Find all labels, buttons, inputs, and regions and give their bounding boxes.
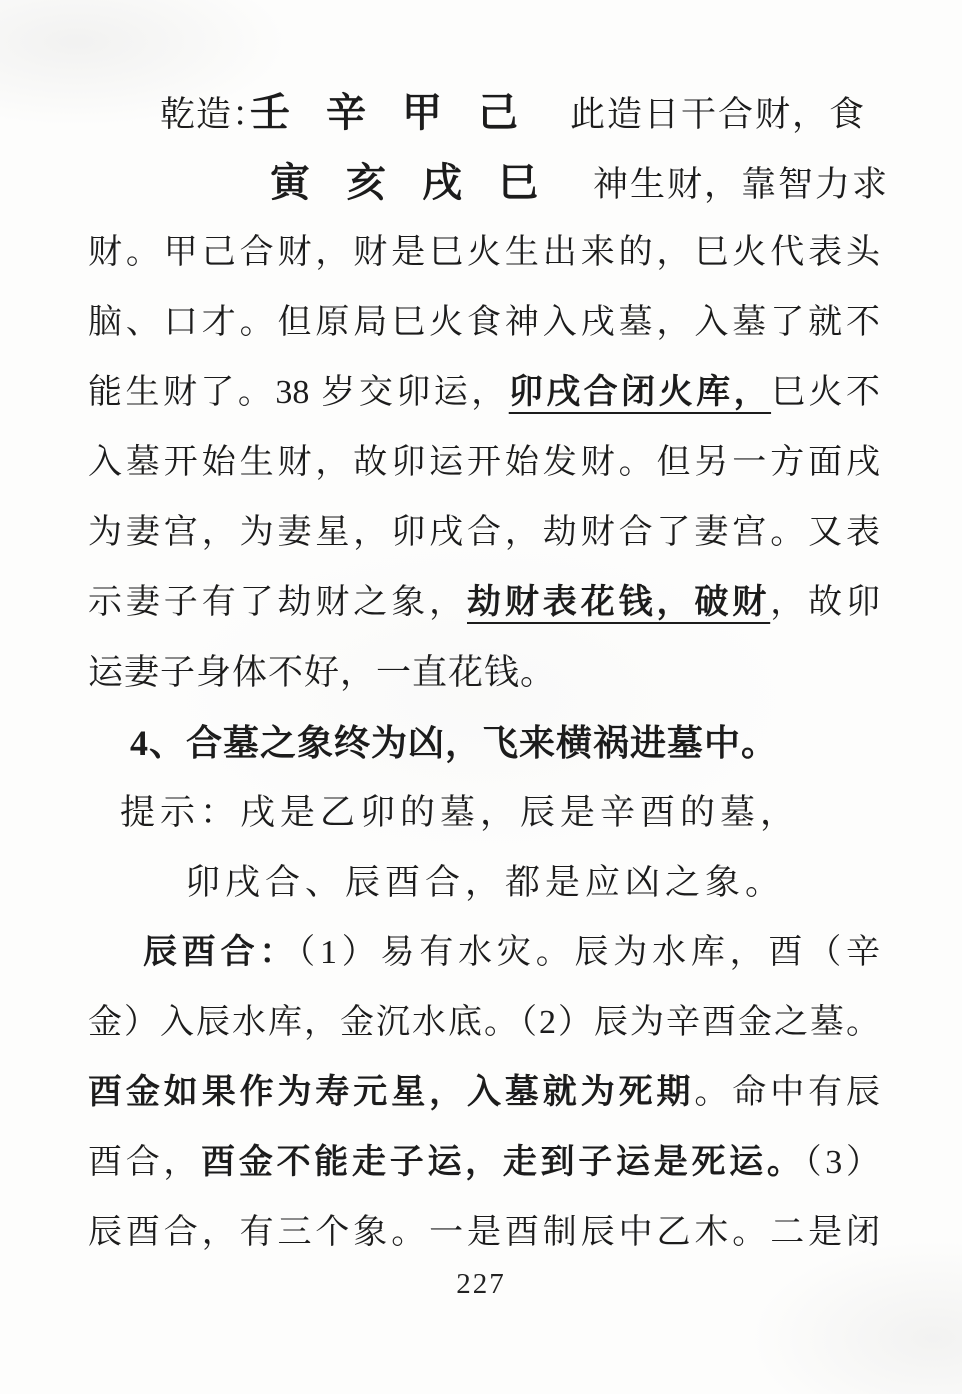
branch-day: 戌 xyxy=(422,148,498,218)
text-segment: 酉合， xyxy=(88,1144,201,1181)
text-line: 辰酉合：（1）易有水灾。辰为水库，酉（辛 xyxy=(88,918,880,988)
book-page: 乾造：壬辛甲己此造日干合财，食 寅亥戌巳神生财，靠智力求 财。甲己合财，财是巳火… xyxy=(0,0,962,1394)
text-line: 示妻子有了劫财之象，劫财表花钱，破财，故卯 xyxy=(88,568,880,638)
comment-text: 神生财，靠智力求 xyxy=(593,165,889,204)
page-number: 227 xyxy=(0,1268,962,1301)
branch-month: 亥 xyxy=(346,148,422,218)
hint-line: 卯戌合、辰酉合，都是应凶之象。 xyxy=(88,848,880,918)
text-line: 金）入辰水库，金沉水底。（2）辰为辛酉金之墓。 xyxy=(88,988,880,1058)
stem-hour: 己 xyxy=(478,78,554,148)
text-line: 入墓开始生财，故卯运开始发财。但另一方面戌 xyxy=(88,428,880,498)
text-line: 财。甲己合财，财是巳火生出来的，巳火代表头 xyxy=(88,218,880,288)
emphasized-segment: 酉金不能走子运，走到子运是死运。 xyxy=(201,1144,804,1181)
hint-line: 提示：戌是乙卯的墓，辰是辛酉的墓， xyxy=(88,778,880,848)
section-heading: 4、合墓之象终为凶，飞来横祸进墓中。 xyxy=(88,708,880,778)
text-segment: （3） xyxy=(805,1144,880,1181)
text-line: 酉合，酉金不能走子运，走到子运是死运。（3） xyxy=(88,1128,880,1198)
text-line: 为妻宫，为妻星，卯戌合，劫财合了妻宫。又表 xyxy=(88,498,880,568)
text-line: 能生财了。38 岁交卯运，卯戌合闭火库，巳火不 xyxy=(88,358,880,428)
text-line: 运妻子身体不好，一直花钱。 xyxy=(88,638,880,708)
text-column: 乾造：壬辛甲己此造日干合财，食 寅亥戌巳神生财，靠智力求 财。甲己合财，财是巳火… xyxy=(88,78,880,1268)
text-line: 脑、口才。但原局巳火食神入戌墓，入墓了就不 xyxy=(88,288,880,358)
text-segment: 示妻子有了劫财之象， xyxy=(88,584,467,621)
text-segment: 能生财了。38 岁交卯运， xyxy=(88,374,509,411)
text-line: 辰酉合，有三个象。一是酉制辰中乙木。二是闭 xyxy=(88,1198,880,1268)
emphasized-segment: 劫财表花钱，破财 xyxy=(467,584,770,621)
stem-month: 辛 xyxy=(326,78,402,148)
qianzao-label: 乾造： xyxy=(160,80,250,150)
emphasized-segment: 酉金如果作为寿元星，入墓就为死期 xyxy=(88,1074,694,1111)
stem-day: 甲 xyxy=(402,78,478,148)
text-segment: 。命中有辰 xyxy=(694,1074,880,1111)
text-segment: （1）易有水灾。辰为水库，酉（辛 xyxy=(298,934,880,971)
branch-hour: 巳 xyxy=(498,148,574,218)
emphasized-segment: 卯戌合闭火库， xyxy=(509,374,771,411)
text-line: 酉金如果作为寿元星，入墓就为死期。命中有辰 xyxy=(88,1058,880,1128)
bazi-stems-line: 乾造：壬辛甲己此造日干合财，食 xyxy=(88,78,880,148)
bazi-branches-line: 寅亥戌巳神生财，靠智力求 xyxy=(88,148,880,218)
term-label: 辰酉合： xyxy=(143,934,298,971)
comment-text: 此造日干合财，食 xyxy=(570,95,866,134)
text-segment: 巳火不 xyxy=(771,374,880,411)
stem-year: 壬 xyxy=(250,78,326,148)
text-segment: ，故卯 xyxy=(770,584,880,621)
branch-year: 寅 xyxy=(270,148,346,218)
